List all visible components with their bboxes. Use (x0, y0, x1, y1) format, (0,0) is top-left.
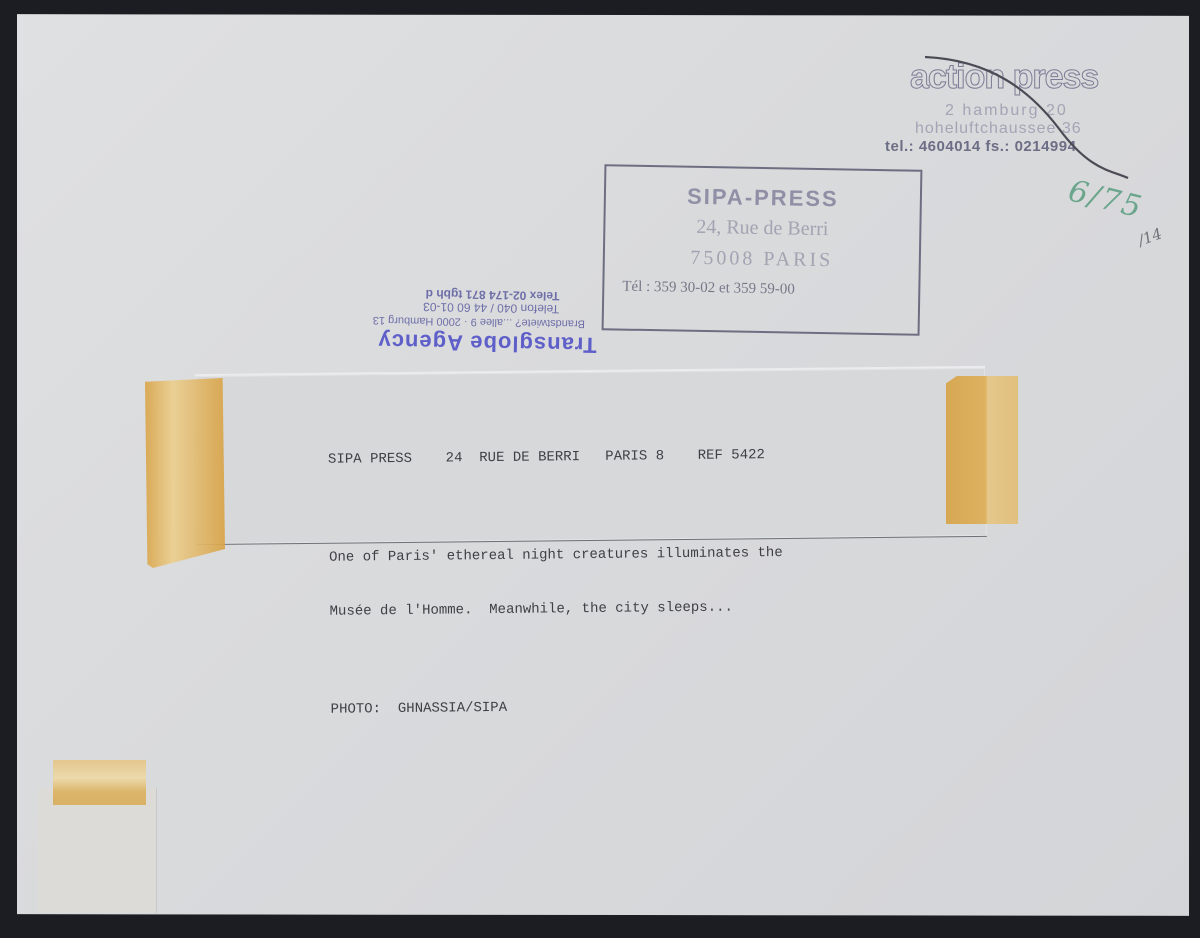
caption-text: SIPA PRESS 24 RUE DE BERRI PARIS 8 REF 5… (328, 410, 785, 755)
paper-patch (38, 788, 157, 913)
caption-line-1: One of Paris' ethereal night creatures i… (329, 544, 783, 567)
caption-strip: SIPA PRESS 24 RUE DE BERRI PARIS 8 REF 5… (195, 366, 987, 545)
tape-right (946, 376, 1018, 524)
sipa-stamp-city: 75008 PARIS (605, 245, 919, 273)
sipa-stamp-street: 24, Rue de Berri (605, 214, 919, 242)
tape-bottom (53, 760, 146, 805)
transglobe-street: Brandstwiete? ...allee 9 · 2000 Hamburg … (373, 314, 585, 330)
transglobe-stamp: Transglobe Agency Brandstwiete? ...allee… (383, 284, 599, 360)
transglobe-telex: Telex 02-174 871 tgbh d (426, 287, 560, 303)
sipa-stamp-name: SIPA-PRESS (606, 182, 920, 213)
tape-left (145, 378, 225, 568)
sipa-press-stamp: SIPA-PRESS 24, Rue de Berri 75008 PARIS … (602, 164, 923, 336)
sipa-stamp-phone: Tél : 359 30-02 et 359 59-00 (604, 278, 918, 300)
caption-credit: PHOTO: GHNASSIA/SIPA (331, 696, 785, 719)
caption-line-2: Musée de l'Homme. Meanwhile, the city sl… (330, 598, 784, 621)
transglobe-name: Transglobe Agency (377, 328, 597, 358)
caption-header: SIPA PRESS 24 RUE DE BERRI PARIS 8 REF 5… (328, 446, 782, 469)
